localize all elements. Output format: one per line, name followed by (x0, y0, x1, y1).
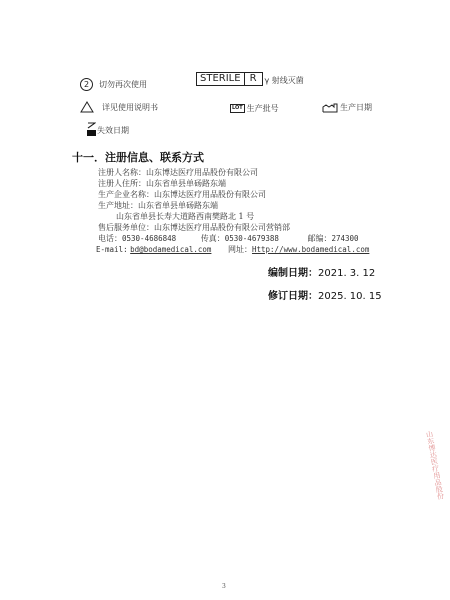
web-label: 网址： (228, 245, 252, 254)
lot-icon: LOT (230, 104, 245, 113)
symbol-do-not-reuse: 2 切勿再次使用 (80, 78, 147, 91)
revised-date-value: 2025. 10. 15 (318, 291, 382, 302)
symbol-lot: LOT 生产批号 (230, 103, 279, 114)
sterile-r-icon: STERILE R (196, 72, 263, 86)
expiry-date-icon (87, 122, 96, 136)
section-title: 十一．注册信息、联系方式 (72, 149, 204, 165)
page-number: 3 (222, 583, 226, 590)
symbol-label: 失效日期 (97, 125, 129, 136)
do-not-reuse-icon: 2 (80, 78, 93, 91)
symbol-manufacture-date: 生产日期 (322, 102, 372, 113)
registrant-address: 注册人住所：山东省单县单砀路东端 (98, 178, 369, 189)
symbol-label: 生产日期 (340, 102, 372, 113)
registration-info: 注册人名称：山东博达医疗用品股份有限公司 注册人住所：山东省单县单砀路东端 生产… (98, 167, 369, 255)
after-sales-unit: 售后服务单位：山东博达医疗用品股份有限公司营销部 (98, 222, 369, 233)
compiled-date-label: 编制日期： (268, 268, 318, 279)
company-seal-stamp: 山东博达医疗用品股份 (424, 430, 446, 501)
production-address: 生产地址：山东省单县单砀路东端 (98, 200, 369, 211)
phone-value: 0530-4686848 (122, 234, 176, 243)
manufacturer-name: 生产企业名称：山东博达医疗用品股份有限公司 (98, 189, 369, 200)
sterile-method: R (244, 73, 262, 85)
zip-value: 274300 (331, 234, 358, 243)
symbol-label: 详见使用说明书 (102, 102, 158, 113)
compiled-date-value: 2021. 3. 12 (318, 268, 375, 279)
production-address-2: 山东省单县长寿大道路西南樊路北 1 号 (98, 211, 369, 222)
phone-label: 电话： (98, 234, 122, 243)
fax-value: 0530-4679388 (225, 234, 279, 243)
registrant-name: 注册人名称：山东博达医疗用品股份有限公司 (98, 167, 369, 178)
fax-label: 传真： (201, 234, 225, 243)
symbol-sterile: STERILE R γ 射线灭菌 (196, 72, 304, 86)
revised-date: 修订日期：2025. 10. 15 (268, 287, 382, 302)
website-link[interactable]: Http://www.bodamedical.com (252, 245, 369, 254)
caution-icon (80, 101, 94, 113)
compiled-date: 编制日期：2021. 3. 12 (268, 264, 375, 279)
revised-date-label: 修订日期： (268, 291, 318, 302)
zip-label: 邮编： (307, 234, 331, 243)
manufacture-date-icon (322, 103, 338, 113)
symbol-label: 切勿再次使用 (99, 79, 147, 90)
symbol-label: γ 射线灭菌 (265, 75, 304, 86)
email-link[interactable]: bd@bodamedical.com (130, 245, 211, 254)
symbol-expiry-date: 失效日期 (87, 122, 129, 136)
symbol-label: 生产批号 (247, 103, 279, 114)
contact-web-row: E-mail: bd@bodamedical.com 网址：Http://www… (96, 244, 369, 255)
symbol-caution: 详见使用说明书 (80, 101, 158, 113)
contact-phone-row: 电话：0530-4686848 传真：0530-4679388 邮编：27430… (98, 233, 369, 244)
sterile-text: STERILE (197, 73, 244, 85)
email-label: E-mail: (96, 245, 128, 254)
